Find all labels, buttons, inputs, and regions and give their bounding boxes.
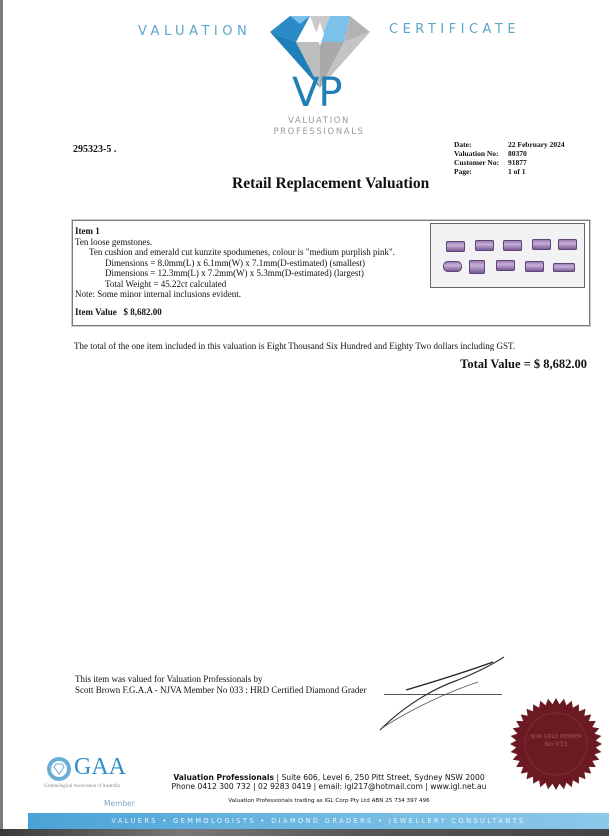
signature-line-2: Scott Brown F.G.A.A - NJVA Member No 033…: [75, 685, 366, 696]
footer-address: Suite 606, Level 6, 250 Pitt Street, Syd…: [281, 773, 484, 782]
item-description: Ten cushion and emerald cut kunzite spod…: [75, 247, 425, 258]
item-value-row: Item Value $ 8,682.00: [75, 307, 425, 318]
seal-number: No 033: [518, 740, 594, 748]
scan-edge: [0, 0, 3, 836]
item-note: Note: Some minor internal inclusions evi…: [75, 289, 425, 300]
valuation-meta: Date:22 February 2024 Valuation No:80370…: [454, 140, 565, 176]
footer-contact: Phone 0412 300 732 | 02 9283 0419 | emai…: [150, 782, 508, 791]
meta-value: 1 of 1: [508, 167, 565, 176]
scan-bottom-edge: [0, 829, 609, 836]
total-sentence: The total of the one item included in th…: [74, 341, 515, 351]
logo-subtitle: VALUATION PROFESSIONALS: [263, 116, 375, 138]
signature-text: This item was valued for Valuation Profe…: [75, 674, 366, 696]
meta-row-date: Date:22 February 2024: [454, 140, 565, 149]
meta-label: Date:: [454, 140, 508, 149]
document-title: Retail Replacement Valuation: [232, 175, 429, 193]
gemstone: [475, 240, 494, 251]
footer-address-line: Valuation Professionals | Suite 606, Lev…: [150, 773, 508, 782]
gemstone: [503, 240, 522, 251]
logo-line-1: VALUATION: [263, 116, 375, 127]
seal-label: NJVA GOLD MEMBER No 033: [518, 734, 594, 748]
meta-value: 80370: [508, 149, 565, 158]
header-valuation-word: VALUATION: [138, 24, 251, 39]
footer-abn: Valuation Professionals trading as IGL C…: [150, 798, 508, 804]
gaa-logo-text: GAA: [74, 754, 126, 781]
footer-company: Valuation Professionals: [173, 773, 274, 782]
gaa-emblem-icon: [46, 756, 72, 782]
meta-label: Page:: [454, 167, 508, 176]
footer-services-band: VALUERS • GEMMOLOGISTS • DIAMOND GRADERS…: [28, 813, 609, 829]
meta-value: 91877: [508, 158, 565, 167]
reference-number: 295323-5 .: [73, 144, 116, 155]
gaa-full-name: Gemmological Association of Australia: [44, 784, 120, 789]
meta-row-page: Page:1 of 1: [454, 167, 565, 176]
item-summary: Ten loose gemstones.: [75, 237, 425, 248]
header-certificate-word: CERTIFICATE: [389, 22, 520, 37]
logo-line-2: PROFESSIONALS: [263, 127, 375, 138]
item-dimensions-smallest: Dimensions = 8.0mm(L) x 6.1mm(W) x 7.1mm…: [75, 258, 425, 269]
meta-value: 22 February 2024: [508, 140, 565, 149]
gemstone: [446, 241, 465, 252]
gemstone: [525, 261, 544, 272]
meta-row-valuation-no: Valuation No:80370: [454, 149, 565, 158]
meta-label: Customer No:: [454, 158, 508, 167]
meta-row-customer-no: Customer No:91877: [454, 158, 565, 167]
signature-line-1: This item was valued for Valuation Profe…: [75, 674, 366, 685]
signature-scribble-icon: [378, 652, 508, 732]
item-heading: Item 1: [75, 226, 425, 237]
item-dimensions-largest: Dimensions = 12.3mm(L) x 7.2mm(W) x 5.3m…: [75, 268, 425, 279]
meta-label: Valuation No:: [454, 149, 508, 158]
gemstone: [553, 263, 575, 272]
gemstone: [496, 260, 515, 271]
logo-vp-mark: VP: [292, 70, 341, 116]
gemstone: [443, 261, 462, 272]
item-details: Item 1 Ten loose gemstones. Ten cushion …: [75, 226, 425, 317]
item-value-amount: $ 8,682.00: [124, 307, 162, 317]
total-value: Total Value = $ 8,682.00: [460, 357, 587, 372]
gaa-member-label: Member: [104, 799, 135, 808]
item-value-label: Item Value: [75, 307, 117, 317]
footer-address-block: Valuation Professionals | Suite 606, Lev…: [150, 773, 508, 791]
gemstone: [532, 239, 551, 250]
gemstone: [558, 239, 577, 250]
gemstone: [469, 260, 485, 274]
gemstones-photo: [430, 223, 585, 288]
item-total-weight: Total Weight = 45.22ct calculated: [75, 279, 425, 290]
